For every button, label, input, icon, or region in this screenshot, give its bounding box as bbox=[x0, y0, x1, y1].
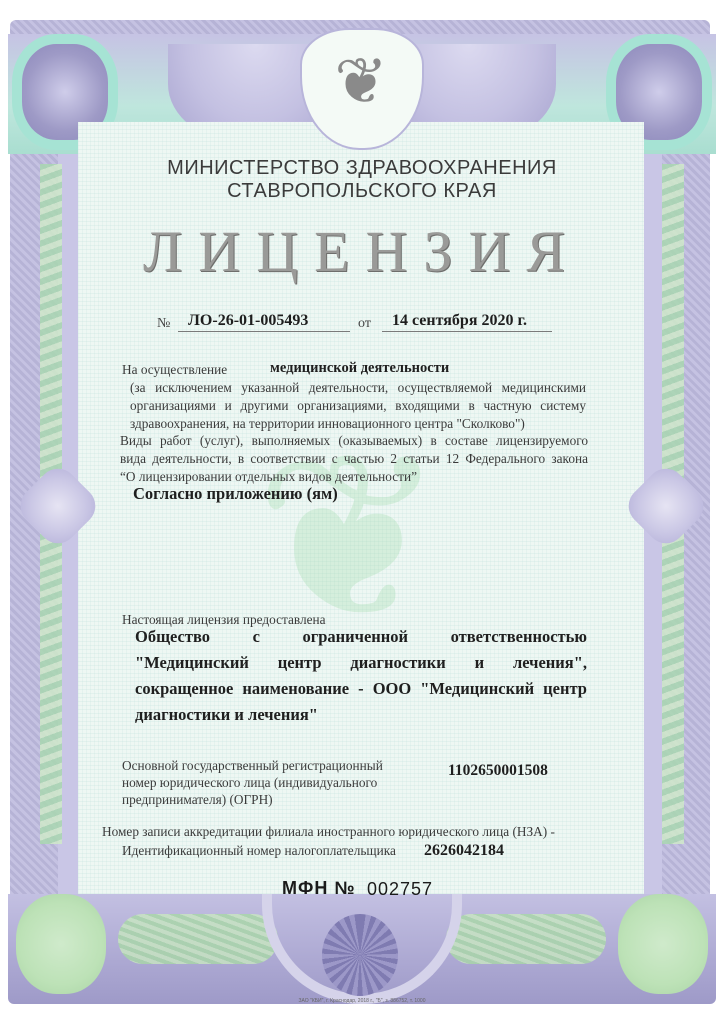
ogrn-label-line: предпринимателя) (ОГРН) bbox=[122, 791, 383, 808]
inn-label: Идентификационный номер налогоплательщик… bbox=[122, 843, 396, 859]
activity-note-line: (за исключением указанной деятельности, … bbox=[130, 379, 586, 397]
bottom-center-rosette-icon bbox=[322, 914, 398, 996]
activity-label: На осуществление bbox=[122, 362, 227, 378]
activity-value: медицинской деятельности bbox=[270, 360, 449, 377]
ogrn-label: Основной государственный регистрационный… bbox=[122, 757, 383, 808]
bottom-left-rosette-icon bbox=[16, 894, 106, 994]
organization-name: Общество с ограниченной ответственностью… bbox=[135, 624, 587, 728]
ogrn-value: 1102650001508 bbox=[448, 762, 548, 780]
organization-line: "Медицинский центр диагностики и лечения… bbox=[135, 650, 587, 676]
double-headed-eagle-emblem-icon: ❦ bbox=[326, 32, 396, 132]
number-sign: № bbox=[157, 316, 170, 332]
blank-number: 002757 bbox=[367, 879, 433, 900]
works-line: Виды работ (услуг), выполняемых (оказыва… bbox=[120, 432, 588, 450]
number-underline bbox=[178, 331, 350, 332]
document-title: ЛИЦЕНЗИЯ bbox=[0, 218, 724, 285]
license-date: 14 сентября 2020 г. bbox=[392, 312, 527, 330]
ogrn-label-line: Основной государственный регистрационный bbox=[122, 757, 383, 774]
bottom-right-rosette-icon bbox=[618, 894, 708, 994]
works-value: Согласно приложению (ям) bbox=[133, 484, 338, 504]
works-description: Виды работ (услуг), выполняемых (оказыва… bbox=[120, 432, 588, 486]
activity-note: (за исключением указанной деятельности, … bbox=[130, 379, 586, 433]
license-number: ЛО-26-01-005493 bbox=[188, 312, 308, 330]
ogrn-label-line: номер юридического лица (индивидуального bbox=[122, 774, 383, 791]
organization-line: диагностики и лечения" bbox=[135, 702, 587, 728]
organization-line: сокращенное наименование - ООО "Медицинс… bbox=[135, 676, 587, 702]
activity-note-line: здравоохранения, на территории инновацио… bbox=[130, 415, 586, 433]
blank-series: МФН № bbox=[282, 878, 355, 899]
bottom-left-leaf-ornament bbox=[118, 914, 278, 964]
date-underline bbox=[382, 331, 552, 332]
bottom-right-leaf-ornament bbox=[446, 914, 606, 964]
works-line: вида деятельности, в соответствии с част… bbox=[120, 450, 588, 468]
date-prefix: от bbox=[358, 316, 371, 332]
inn-value: 2626042184 bbox=[424, 842, 504, 860]
issuer-line-1: МИНИСТЕРСТВО ЗДРАВООХРАНЕНИЯ bbox=[0, 157, 724, 180]
issuer-line-2: СТАВРОПОЛЬСКОГО КРАЯ bbox=[0, 180, 724, 203]
nza-label: Номер записи аккредитации филиала иностр… bbox=[102, 824, 555, 840]
activity-note-line: организациями и другими организациями, в… bbox=[130, 397, 586, 415]
organization-line: Общество с ограниченной ответственностью bbox=[135, 624, 587, 650]
printer-imprint: ЗАО "КБИ", г. Краснодар, 2018 г., "Б", з… bbox=[0, 998, 724, 1004]
